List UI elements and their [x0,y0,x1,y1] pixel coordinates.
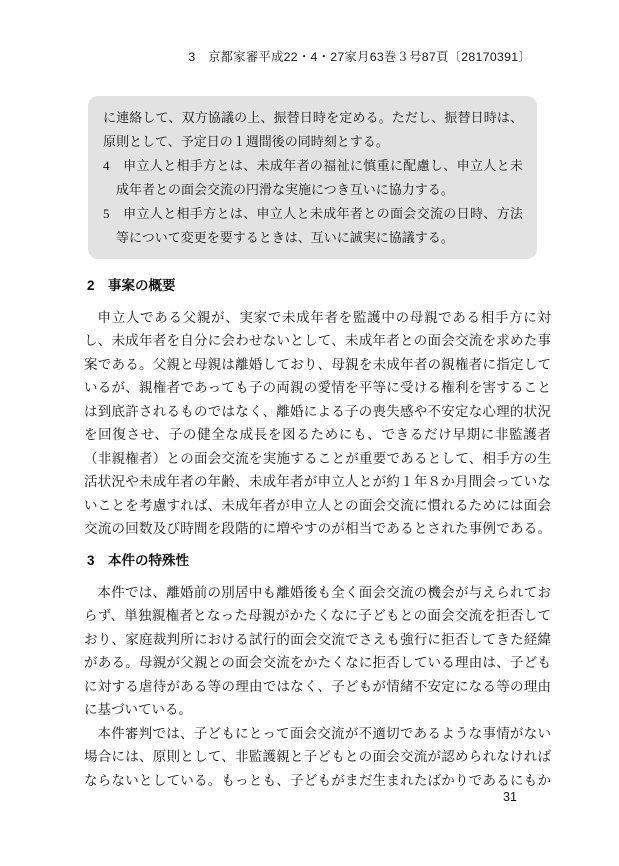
body-line: らず、単独親権者となった母親がかたくなに子どもとの面会交流を拒否して [84,604,551,628]
section-heading: 2 事案の概要 [84,274,551,298]
document-page: 3 京都家審平成22・4・27家月63巻３号87頁〔28170391〕 に連絡し… [0,0,619,866]
body-line: は到底許されるものではなく、離婚による子の喪失感や不安定な心理的状況 [84,400,551,424]
body-line: 本件審判では、子どもにとって面会交流が不適切であるような事情がない [84,722,551,746]
body-line: ならないとしている。もっとも、子どもがまだ生まれたばかりであるにもか [84,769,551,793]
page-number: 31 [503,790,517,804]
section-case-particularity: 3 本件の特殊性 本件では、離婚前の別居中も離婚後も全く面会交流の機会が与えられ… [84,549,551,792]
body-line: （非親権者）との面会交流を実施することが重要であるとして、相手方の生 [84,447,551,471]
excerpt-line: 4 申立人と相手方とは、未成年者の福祉に慎重に配慮し、申立人と未 [103,154,523,178]
body-line: し、未成年者を自分に会わせないとして、未成年者との面会交流を求めた事 [84,329,551,353]
body-line: 場合には、原則として、非監護親と子どもとの面会交流が認められなければ [84,745,551,769]
body-line: に基づいている。 [84,698,551,722]
paragraph: 申立人である父親が、実家で未成年者を監護中の母親である相手方に対 し、未成年者を… [84,306,551,541]
excerpt-line: 5 申立人と相手方とは、申立人と未成年者との面会交流の日時、方法 [103,202,523,226]
paragraph: 本件審判では、子どもにとって面会交流が不適切であるような事情がない 場合には、原… [84,722,551,793]
paragraph: 本件では、離婚前の別居中も離婚後も全く面会交流の機会が与えられてお らず、単独親… [84,581,551,722]
body-line: がある。母親が父親との面会交流をかたくなに拒否している理由は、子ども [84,651,551,675]
body-line: 申立人である父親が、実家で未成年者を監護中の母親である相手方に対 [84,306,551,330]
excerpt-line: 等について変更を要するときは、互いに誠実に協議する。 [103,226,523,250]
decision-excerpt-box: に連絡して、双方協議の上、振替日時を定める。ただし、振替日時は、 原則として、予… [88,96,537,259]
body-line: おり、家庭裁判所における試行的面会交流でさえも強行に拒否してきた経緯 [84,628,551,652]
body-line: 本件では、離婚前の別居中も離婚後も全く面会交流の機会が与えられてお [84,581,551,605]
body-line: いことを考慮すれば、未成年者が申立人との面会交流に慣れるためには面会 [84,494,551,518]
excerpt-line: に連絡して、双方協議の上、振替日時を定める。ただし、振替日時は、 [103,106,523,130]
case-citation: 3 京都家審平成22・4・27家月63巻３号87頁〔28170391〕 [188,47,531,65]
section-heading: 3 本件の特殊性 [84,549,551,573]
section-case-summary: 2 事案の概要 申立人である父親が、実家で未成年者を監護中の母親である相手方に対… [84,274,551,541]
body-line: いるが、親権者であっても子の両親の愛情を平等に受ける権利を害すること [84,376,551,400]
body-line: を回復させ、子の健全な成長を図るためにも、できるだけ早期に非監護者 [84,423,551,447]
excerpt-line: 原則として、予定日の１週間後の同時刻とする。 [103,130,523,154]
excerpt-line: 成年者との面会交流の円滑な実施につき互いに協力する。 [103,178,523,202]
body-line: 案である。父親と母親は離婚しており、母親を未成年者の親権者に指定して [84,353,551,377]
body-line: 交流の回数及び時間を段階的に増やすのが相当であるとされた事例である。 [84,517,551,541]
body-line: に対する虐待がある等の理由ではなく、子どもが情緒不安定になる等の理由 [84,675,551,699]
body-line: 活状況や未成年者の年齢、未成年者が申立人とが約１年８か月間会っていな [84,470,551,494]
